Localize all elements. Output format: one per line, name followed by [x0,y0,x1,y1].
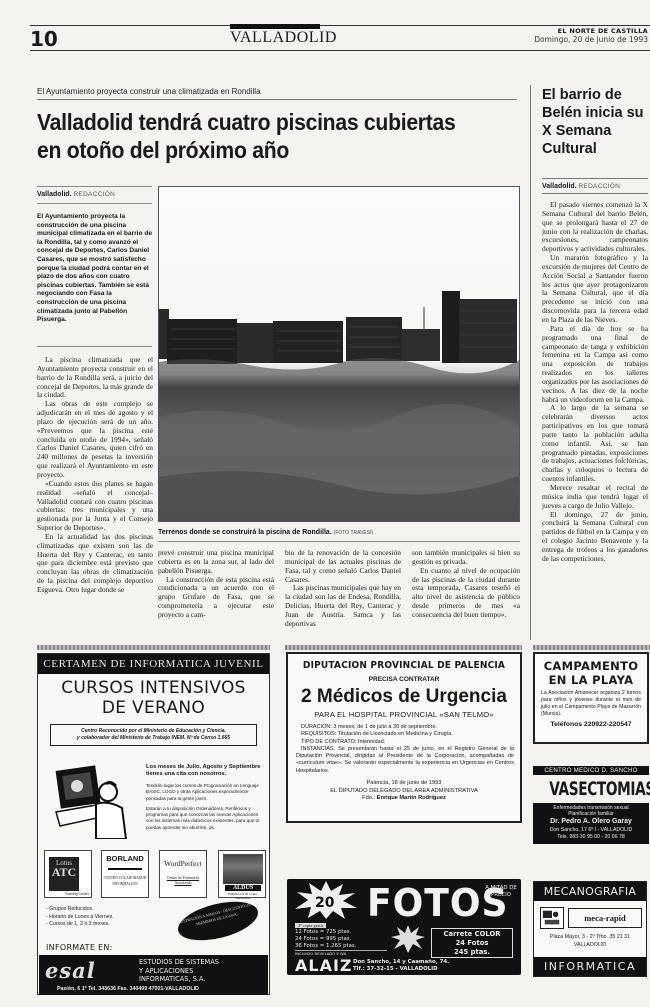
article-column-4: son también municipales si bien su gesti… [412,549,520,620]
sidebar-divider [530,85,531,640]
paragraph: La piscina climatizada que el Ayuntamien… [37,356,153,400]
paragraph: El pasado viernes comenzó la X Semana Cu… [542,201,648,254]
lead-rule [37,346,152,347]
condition-instancias: INSTANCIAS. Se presentarán hasta el 25 d… [296,746,514,775]
ad-precisa: PRECISA CONTRATAR [288,676,520,683]
condition-tipo: TIPO DE CONTRATO: Interinidad. [296,739,514,746]
byline-rule [37,186,152,187]
caption-text: Terrenos donde se construirá la piscina … [158,529,332,536]
byline-place: Valladolid. [37,191,72,198]
ad-mecanografia: MECANOGRAFIA meca-rapid Plaza Mayor, 3 -… [533,881,647,977]
sidebar-byline: Valladolid. REDACCIÓN [542,183,620,190]
paragraph: Merece resaltar el recital de música ind… [542,484,648,511]
ad-informatica-courses: CERTAMEN DE INFORMATICA JUVENIL CURSOS I… [37,653,270,995]
company-address: Pasión, 6 1º Tel. 343636 Fax. 340499 470… [57,986,199,992]
ad-hospital: PARA EL HOSPITAL PROVINCIAL «SAN TELMO» [288,710,520,719]
ad-title: CURSOS INTENSIVOS DE VERANO [38,678,269,718]
lotus-sub: Training Center [65,892,89,896]
signer-name: Enrique Martín Rodríguez [377,795,446,801]
ad-signature: Palencia, 18 de junio de 1993 EL DIPUTAD… [288,780,520,803]
byline-place: Valladolid. [542,183,577,190]
alaiz-address: Don Sancho, 14 y Caamaño, 74. Tlf.: 37-3… [353,959,523,972]
borland-sub: CENTRO COLABORADOR INFORMACION [102,875,148,887]
brand-row: meca-rapid [534,905,646,935]
paragraph: En la actualidad las dos piscinas climat… [37,533,153,595]
price-item: 24 Fotos = 995 ptas. [295,936,387,943]
cert-line: Centro Reconocido por el Ministerio de E… [53,728,254,735]
article-column-2: prevé construir una piscina municipal cu… [158,549,274,620]
paragraph: En cuanto al nivel de ocupación de las p… [412,567,520,620]
ad-organization: DIPUTACION PROVINCIAL DE PALENCIA [297,660,510,671]
ad-bottom-banner: INFORMATICA [534,957,646,976]
byline-agency: REDACCIÓN [73,191,115,198]
sidebar-headline: El barrio de Belén inicia su X Semana Cu… [542,86,650,158]
title-line: DE VERANO [38,698,269,718]
article-column-3: bio de la renovación de la concesión mun… [285,549,401,629]
esal-logo: esal [45,958,96,983]
byline-under-rule [37,203,152,204]
price-list: 12 Fotos = 725 ptas. 24 Fotos = 995 ptas… [295,929,387,956]
article-photo [158,186,520,522]
article-column-1: La piscina climatizada que el Ayuntamien… [37,356,153,595]
wordperfect-sub: Centro de Formación Autorizado [160,876,206,886]
company-line: Y APLICACIONES [139,967,219,976]
ad-phones: Teléfonos 220922-220547 [535,721,647,728]
title-line: CURSOS INTENSIVOS [38,678,269,698]
paragraph: Para el día de hoy se ha programado una … [542,325,648,405]
svg-text:20: 20 [315,895,335,911]
color-roll-offer: Carrete COLOR 24 Fotos 245 ptas. [431,928,513,958]
info-cta: INFORMATE EN: [46,943,113,952]
paragraph: El domingo, 27 de junio, concluirá la Se… [542,511,648,564]
title-line: EN LA PLAYA [535,673,647,687]
address-line: Don Sancho, 14 y Caamaño, 74. [353,959,523,966]
signer-prefix: Fdo.: [362,795,375,801]
buildings-skyline-image [159,187,520,522]
newspaper-name: EL NORTE DE CASTILLA [534,27,648,35]
paragraph: La construcción de esta piscina está con… [158,576,274,620]
ad-title: 2 Médicos de Urgencia [288,686,520,708]
doctor-name: Dr. Pedro A. Olero Garay [533,817,649,827]
intro-text: Los meses de Julio, Agosto y Septiembre … [146,764,264,778]
article-headline: Valladolid tendrá cuatro piscinas cubier… [37,108,479,164]
ad-title: CAMPAMENTO EN LA PLAYA [535,659,647,687]
aldus-sub: FORMACIÓN Centro Autorizado [221,892,265,900]
ad-diputacion-palencia: DIPUTACION PROVINCIAL DE PALENCIA PRECIS… [286,652,522,823]
condition-duracion: DURACION: 3 meses, de 1 de julio a 30 de… [296,724,514,731]
alaiz-brand: ALAIZ [295,956,353,975]
offer-line: 24 Fotos [432,939,512,948]
paragraph: bio de la renovación de la concesión mun… [285,549,401,584]
sub-label: 2ª copia gratis [295,923,326,928]
article-kicker: El Ayuntamiento proyecta construir una c… [37,87,261,96]
discount-oval: ILUSTRACIÓN A AMIGOS · DESCUENTO 25% · M… [174,895,262,948]
ad-top-banner: MECANOGRAFIA [534,882,646,901]
paragraph: prevé construir una piscina municipal cu… [158,549,274,576]
section-title: VALLADOLID [230,29,350,47]
issue-date: Domingo, 20 de junio de 1993 [534,35,648,44]
address-line: VALLADOLID [534,941,646,949]
clinic-phones: Tels. 983-30 95 00 - 20 66 78 [533,834,649,841]
typist-icon [540,907,564,929]
page-number: 10 [30,27,58,51]
newspaper-info: EL NORTE DE CASTILLA Domingo, 20 de juni… [534,27,648,44]
computer-user-illustration [52,764,142,839]
title-line: CAMPAMENTO [535,659,647,673]
burst-badge-icon [391,925,425,953]
ad-vasectomias: CENTRO MEDICO D. SANCHO VASECTOMIAS Enfe… [533,766,649,857]
photo-credit: (FOTO TRAVESÍ) [334,530,373,536]
wordperfect-logo: WordPerfect Centro de Formación Autoriza… [159,850,207,898]
price-item: 36 Fotos = 1.265 ptas. [295,943,387,950]
masthead-top-rule [30,25,650,26]
feature-item: - Grupos Reducidos. [46,906,114,914]
ad-separator [37,645,270,650]
condition-requisitos: REQUISITOS: Titulación de Licenciado en … [296,731,514,738]
company-banner: esal ESTUDIOS DE SISTEMAS Y APLICACIONES… [39,955,268,995]
place-date: Palencia, 18 de junio de 1993 [288,780,520,788]
masthead-bottom-rule [30,50,650,51]
feature-item: - Cursos de 1, 2 ó 3 meses. [46,921,114,929]
clinic-details: Enfermedades transmisión sexual Planific… [533,803,649,844]
paragraph: Un maratón fotográfico y la excursión de… [542,254,648,325]
atc-text: ATC [49,868,79,877]
offer-line: Carrete COLOR [432,930,512,939]
school-address: Plaza Mayor, 3 - 2º Tfno. 35 21 31 VALLA… [534,933,646,949]
company-line: ESTUDIOS DE SISTEMAS [139,958,219,967]
ad-body: La Asociación Amanecer organiza 2 turnos… [541,690,641,718]
paragraph: «Cuando estos dos planes se hagan realid… [37,480,153,533]
company-name: ESTUDIOS DE SISTEMAS Y APLICACIONES INFO… [139,958,219,984]
address-line: Tlf.: 37-32-15 - VALLADOLID [353,966,523,973]
sidebar-column: El pasado viernes comenzó la X Semana Cu… [542,201,648,564]
sidebar-head-rule [542,178,648,179]
aldus-text: ALDUS [225,885,261,891]
ad-campamento: CAMPAMENTO EN LA PLAYA La Asociación Ama… [533,652,649,744]
clinic-address: Don Sancho, 17 6º I - VALLADOLID [533,827,649,834]
half-price-label: A MITAD DE PRECIO [483,885,519,899]
article-lead: El Ayuntamiento proyecta la construcción… [37,213,153,325]
starburst-icon: 20 [295,881,357,919]
certification-box: Centro Reconocido por el Ministerio de E… [50,724,257,746]
paragraph: Tendrán lugar los cursos de Programación… [146,783,264,802]
paragraph: Las obras de este complejo se adjudicará… [37,400,153,480]
ad-separator [533,645,650,650]
offer-line: 245 ptas. [432,948,512,957]
borland-text: BORLAND [102,854,148,863]
kicker-rule [37,99,517,100]
meca-rapid-brand: meca-rapid [568,908,642,928]
ad-separator [285,645,522,650]
byline-agency: REDACCIÓN [578,183,620,190]
signer-title: EL DIPUTADO DELEGADO DEL AREA ADMINISTRA… [288,788,520,796]
signer: Fdo.: Enrique Martín Rodríguez [288,795,520,803]
ad-title: VASECTOMIAS [549,775,633,803]
caption-rule [158,541,520,542]
borland-logo: BORLAND CENTRO COLABORADOR INFORMACION [101,850,149,898]
ad-banner: CERTAMEN DE INFORMATICA JUVENIL [38,654,269,674]
aldus-logo: ALDUS FORMACIÓN Centro Autorizado [218,850,266,898]
paragraph: Estarán a tu disposición Ordenadores, Pe… [146,806,264,831]
article-byline: Valladolid. REDACCIÓN [37,191,115,198]
paragraph: A lo largo de la semana se celebrarán di… [542,404,648,484]
ad-copy: Los meses de Julio, Agosto y Septiembre … [146,764,264,835]
sidebar-byline-rule [542,193,648,194]
partner-logos: LotusATC Training Center BORLAND CENTRO … [44,850,266,902]
cert-line: y colaborador del Ministerio de Trabajo … [53,735,254,742]
paragraph: Las piscinas municipales que hay en la c… [285,584,401,628]
company-line: INFORMATICAS, S.A. [139,975,219,984]
course-features: - Grupos Reducidos. - Horario de Lunes a… [46,906,114,929]
clinic-name: CENTRO MEDICO D. SANCHO [533,766,649,775]
ad-fotos-alaiz: 20 FOTOS A MITAD DE PRECIO 2ª copia grat… [287,879,521,975]
ad-conditions: DURACION: 3 meses, de 1 de julio a 30 de… [296,724,514,775]
lotus-logo: LotusATC Training Center [44,850,92,898]
wordperfect-text: WordPerfect [160,859,206,868]
paragraph: son también municipales si bien su gesti… [412,549,520,567]
price-item: 12 Fotos = 725 ptas. [295,929,387,936]
photo-caption: Terrenos donde se construirá la piscina … [158,529,373,536]
feature-item: - Horario de Lunes a Viernes. [46,914,114,922]
